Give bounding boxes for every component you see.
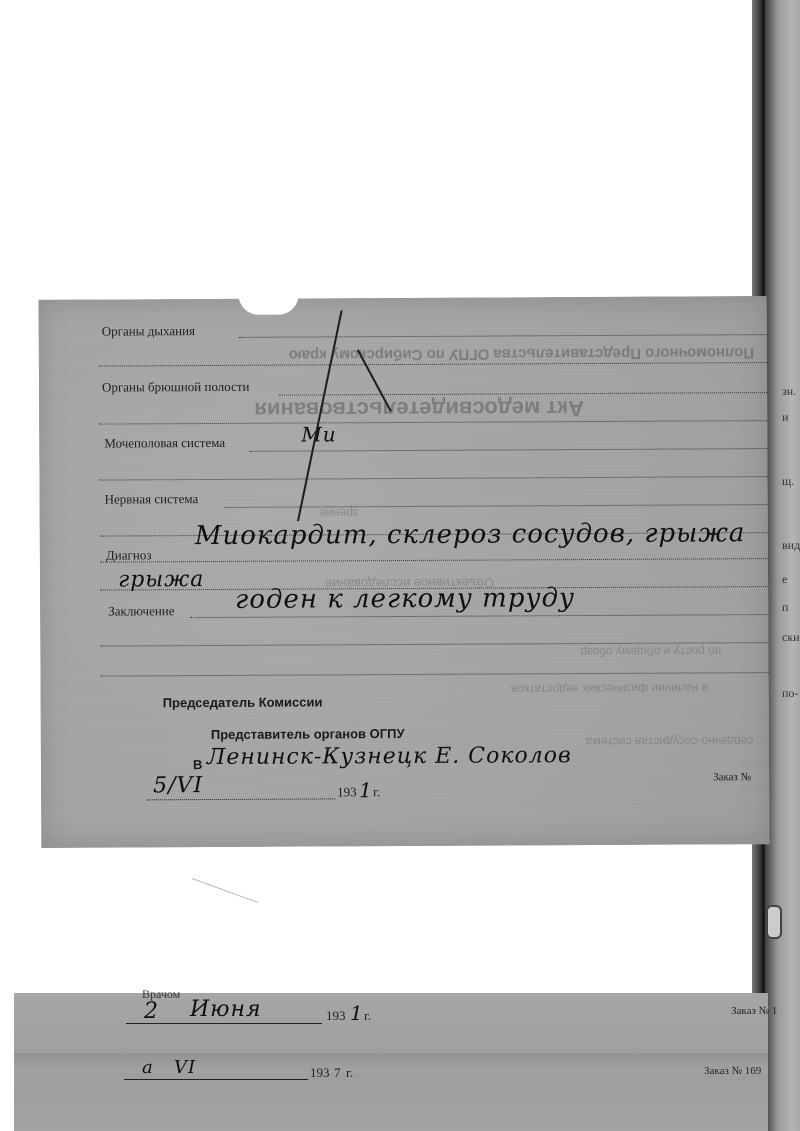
year-prefix: 193 xyxy=(326,1008,346,1024)
handwritten-diagnosis: Миокардит, склероз сосудов, грыжа xyxy=(195,518,746,551)
bleed-through-row: по росту и общему обозр xyxy=(580,644,721,659)
handwritten-year-digit: 1 xyxy=(350,1001,364,1025)
field-label-diagnosis: Диагноз xyxy=(106,547,152,563)
dotted-rule xyxy=(190,614,768,619)
right-edge-fragment: щ. xyxy=(782,474,794,489)
handwritten-day: 2 xyxy=(144,999,159,1024)
bleed-through-row: в наличии физических недостатков xyxy=(511,681,708,696)
order-number-label: Заказ № xyxy=(713,771,751,783)
field-label-nervous: Нервная система xyxy=(105,491,199,507)
dotted-rule xyxy=(100,476,768,481)
handwritten-month: VI xyxy=(174,1057,196,1078)
order-number-label: Заказ № 169 xyxy=(704,1065,761,1077)
right-edge-fragment: зн. xyxy=(782,384,796,399)
right-edge-fragment: по- xyxy=(782,686,798,701)
dotted-rule xyxy=(249,448,767,453)
right-edge-fragment: е xyxy=(782,572,787,587)
dotted-rule xyxy=(99,362,767,367)
torn-edge xyxy=(239,295,299,315)
fold-shadow xyxy=(14,1053,768,1073)
handwritten-month: Июня xyxy=(190,997,262,1022)
right-edge-fragment: вид xyxy=(782,538,800,553)
handwritten-day: а xyxy=(142,1057,154,1078)
signature-prefix: В xyxy=(193,757,202,772)
dotted-rule xyxy=(99,420,767,425)
bleed-through-row: сердечно-сосудистая система xyxy=(586,734,754,749)
ogpu-representative-label: Представитель органов ОГПУ xyxy=(211,726,405,742)
dotted-rule xyxy=(225,504,768,509)
field-label-urogenital: Мочеполовая система xyxy=(104,435,225,452)
right-edge-fragment: скис xyxy=(782,630,800,645)
date-underline xyxy=(147,798,335,800)
handwritten-diagnosis-continued: грыжа xyxy=(118,567,204,592)
year-prefix: 193 xyxy=(337,784,357,800)
dotted-rule xyxy=(239,334,767,339)
medical-exam-form-sheet: Полномочного Представительства ОГПУ по С… xyxy=(39,296,770,848)
handwritten-conclusion: годен к легкому труду xyxy=(235,583,575,615)
dotted-rule xyxy=(101,672,769,677)
year-suffix: г. xyxy=(373,784,380,800)
lower-form-strip: Врачом 2 Июня 193 1 г. Заказ № 1 а VI 19… xyxy=(14,993,768,1131)
chairman-label: Председатель Комиссии xyxy=(163,694,323,710)
order-number-label: Заказ № 1 xyxy=(731,1005,777,1017)
paper-clip-icon xyxy=(766,905,782,939)
right-edge-fragment: и xyxy=(782,410,788,425)
year-suffix: г. xyxy=(346,1065,353,1081)
date-underline xyxy=(126,1023,322,1024)
handwritten-margin-scribble: Ми xyxy=(301,422,336,446)
year-prefix: 193 xyxy=(310,1065,330,1081)
handwritten-year-digit: 1 xyxy=(359,778,373,802)
bleed-through-title: Акт медосвидетельствования xyxy=(254,395,584,423)
handwritten-date: 5/VI xyxy=(153,773,203,798)
field-label-respiratory: Органы дыхания xyxy=(102,323,195,339)
dotted-rule xyxy=(100,558,768,563)
handwritten-signature: Ленинск-Кузнецк Е. Соколов xyxy=(207,743,572,770)
field-label-conclusion: Заключение xyxy=(108,603,174,619)
field-label-abdominal: Органы брюшной полости xyxy=(102,379,250,396)
date-underline xyxy=(124,1079,308,1080)
year-suffix: г. xyxy=(364,1008,371,1024)
faint-pencil-mark xyxy=(192,878,258,903)
year-digit: 7 xyxy=(334,1065,341,1081)
right-edge-fragment: п xyxy=(782,600,788,615)
